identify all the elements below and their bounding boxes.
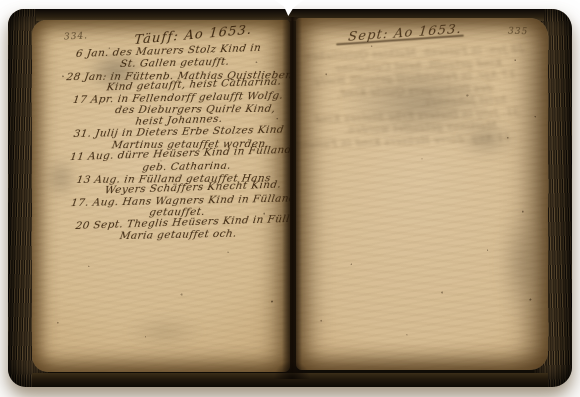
page-number-left: 334. <box>64 31 89 42</box>
hw-line: geb. Catharina. <box>142 159 232 173</box>
handwriting-lines: 6 Jan. des Maurers Stolz Kind inSt. Gall… <box>58 44 290 259</box>
bleed-through-text: 28 Jan: in Füttenb. Mathias QuistliebenK… <box>308 44 527 155</box>
right-page: 335 Sept: Ao 1653. 28 Jan: in Füttenb. M… <box>296 18 548 370</box>
bleed-line: heist Johannes. <box>421 95 506 109</box>
left-page: 334. Täuff: Ao 1653. 6 Jan. des Maurers … <box>32 20 290 372</box>
page-curve-stain <box>492 188 548 338</box>
manuscript-photo: 334. Täuff: Ao 1653. 6 Jan. des Maurers … <box>0 0 580 397</box>
book-edge-bottom <box>32 373 548 387</box>
hw-line: St. Gallen getaufft. <box>119 56 230 70</box>
faint-stain <box>110 310 220 354</box>
bleed-line: 11 Aug. dürre Heüsers Kind in Fülland <box>296 132 511 151</box>
book: 334. Täuff: Ao 1653. 6 Jan. des Maurers … <box>8 9 572 387</box>
hw-line: Maria getauffet och. <box>119 228 238 242</box>
page-number-right: 335 <box>508 27 529 38</box>
